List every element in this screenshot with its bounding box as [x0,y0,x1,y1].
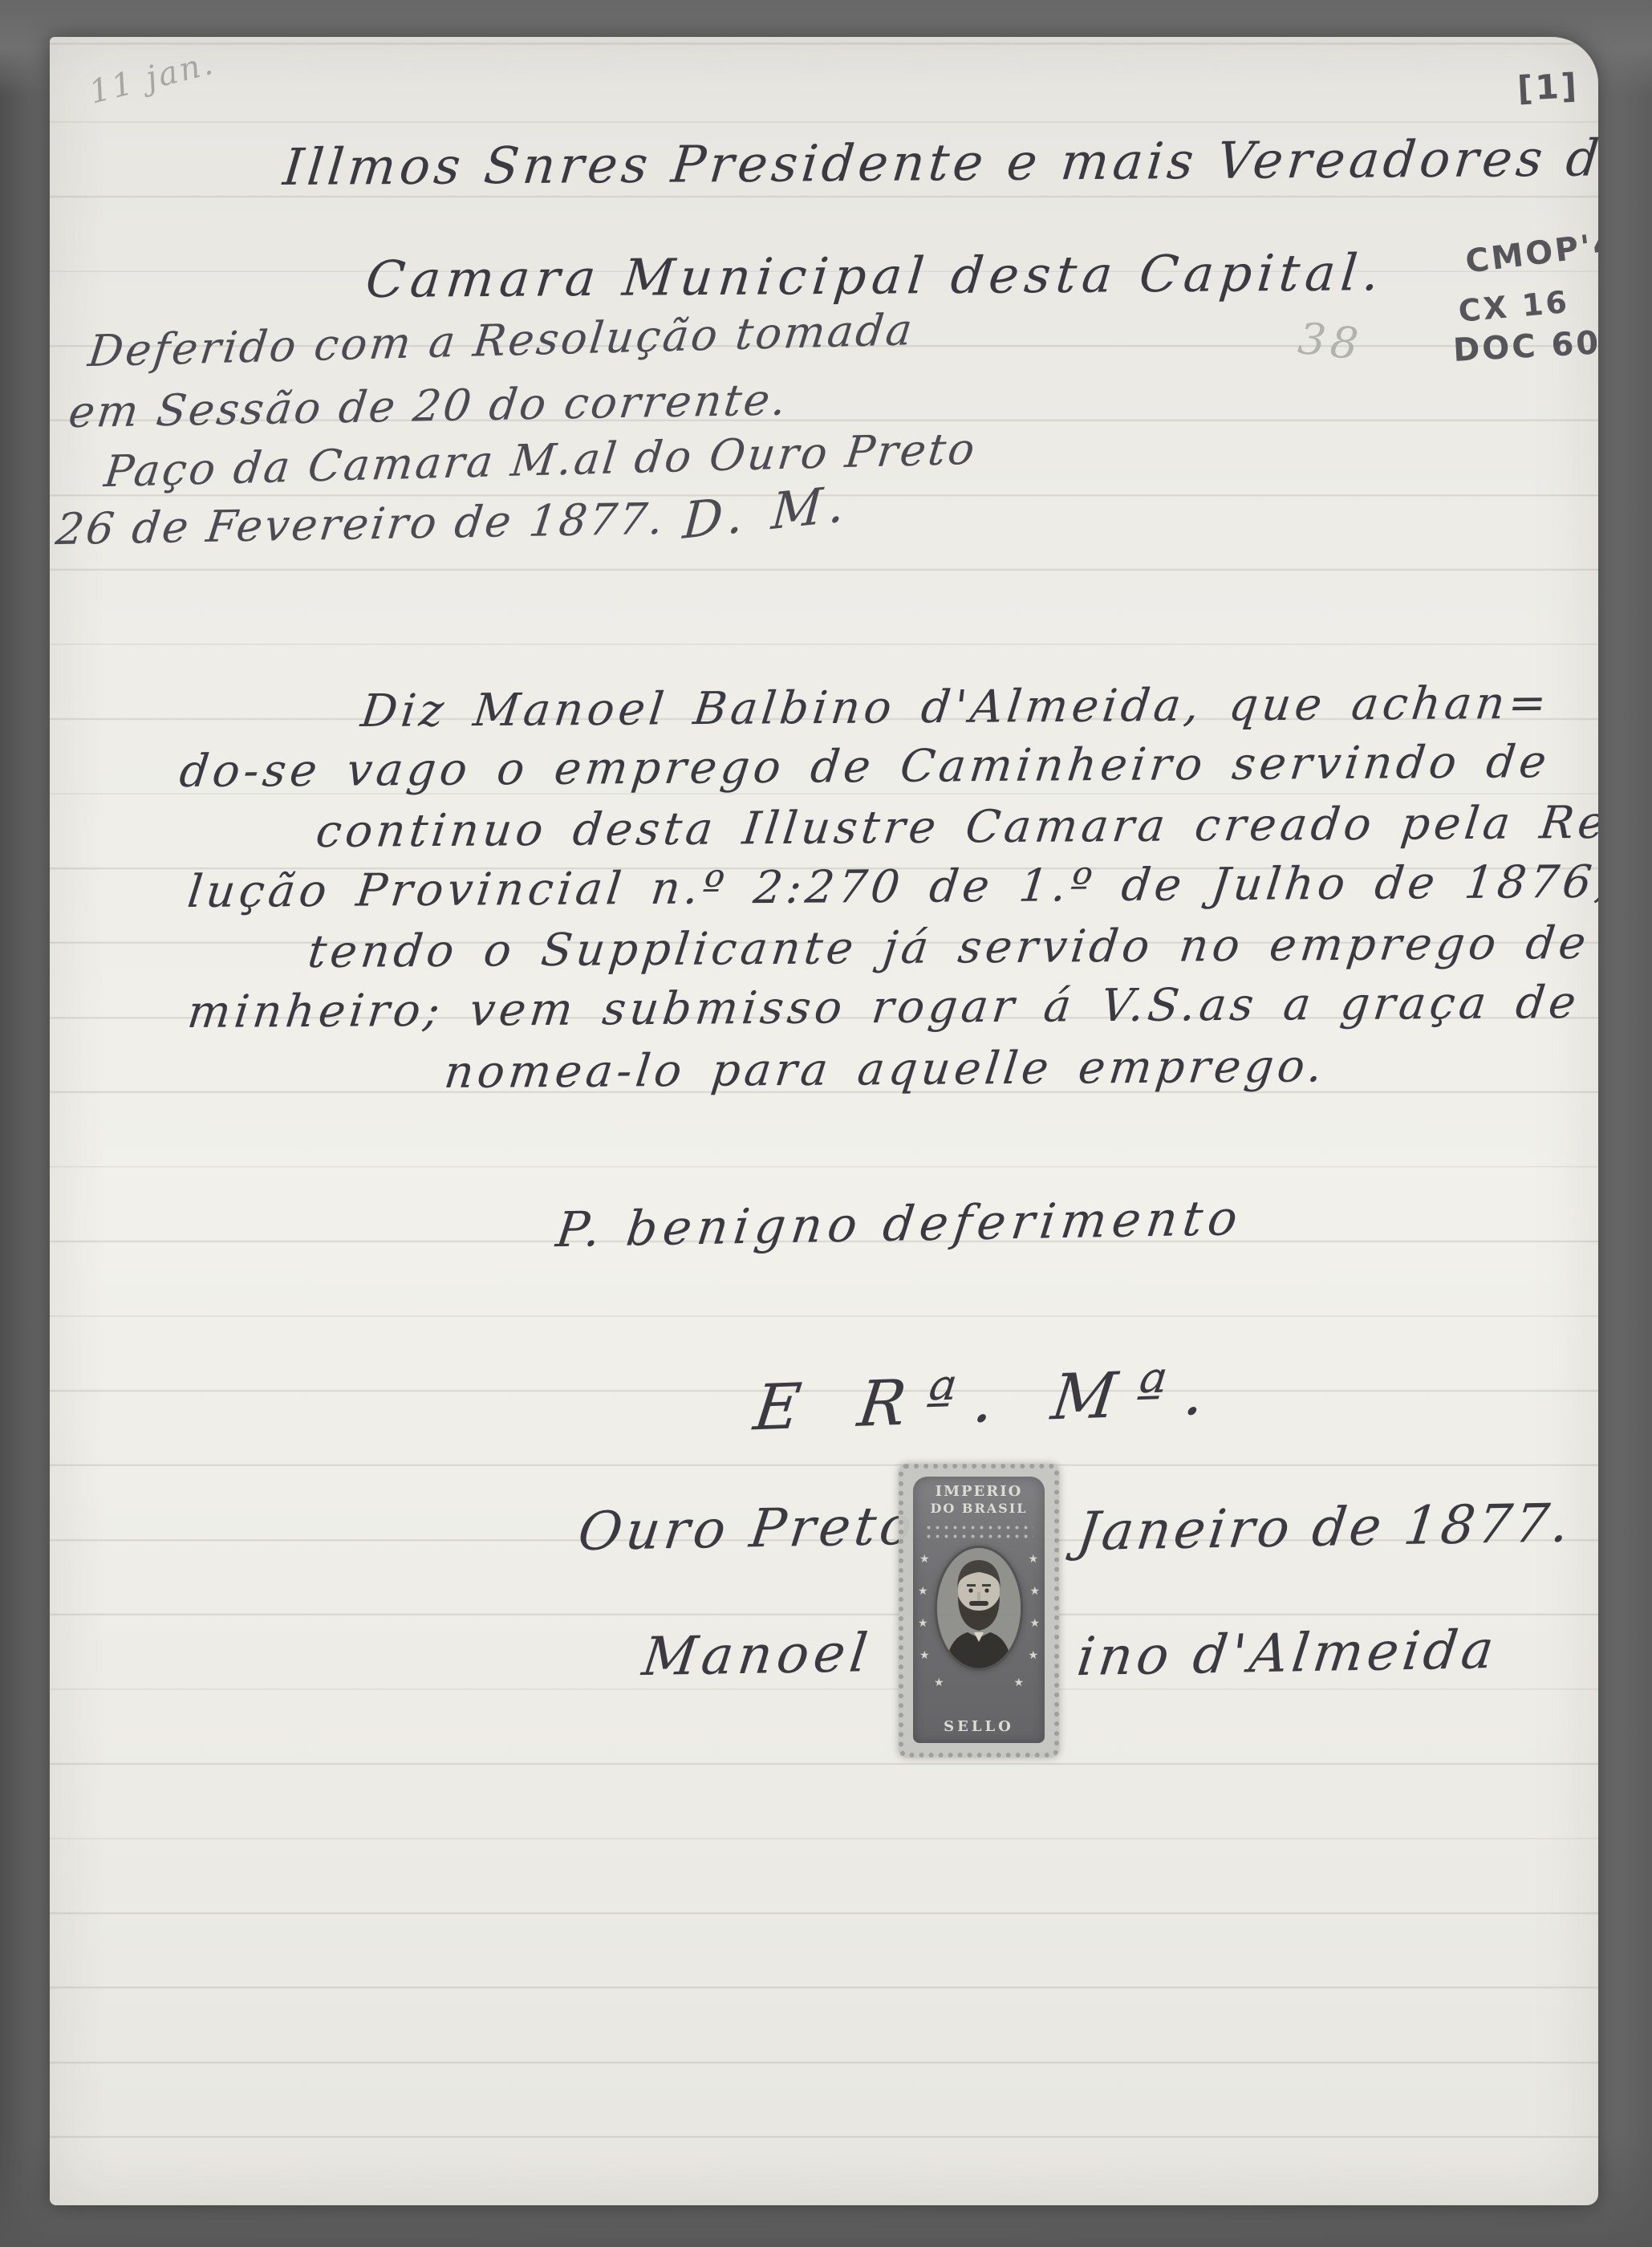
star-icon: ★ [918,1618,928,1629]
portrait-emperor [937,1548,1021,1668]
star-icon: ★ [919,1554,930,1565]
signature-rest: ino d'Almeida [1074,1619,1501,1688]
star-icon: ★ [1028,1650,1038,1661]
stamp-ornament-band [924,1523,1033,1542]
page-marker: [1] [1516,66,1580,108]
star-icon: ★ [1029,1618,1040,1629]
petition-line-7: nomea-lo para aquelle emprego. [441,1040,1329,1099]
star-icon: ★ [934,1677,944,1688]
petition-line-2: do-se vago o emprego de Caminheiro servi… [177,736,1553,798]
petition-line-1: Diz Manoel Balbino d'Almeida, que achan= [358,677,1553,737]
stamp-country-line-2: DO BRASIL [913,1501,1045,1516]
stamp-portrait-oval [935,1546,1023,1671]
petition-line-6: minheiro; vem submisso rogar á V.S.as a … [185,977,1582,1038]
scan-background: 11 jan. [1] CMOP'4 CX 16 DOC 60 38 Illmo… [0,0,1652,2247]
manuscript-page: 11 jan. [1] CMOP'4 CX 16 DOC 60 38 Illmo… [50,37,1598,2205]
petition-line-4: lução Provincial n.º 2:270 de 1.º de Jul… [185,855,1598,918]
header-line-2: Camara Municipal desta Capital. [363,243,1387,309]
revenue-stamp: IMPERIO DO BRASIL ★ ★ ★ ★ ★ ★ ★ ★ ★ ★ [899,1464,1059,1757]
petition-line-3: continuo desta Illustre Camara creado pe… [313,796,1598,858]
star-icon: ★ [918,1586,928,1597]
stamp-value-label: SELLO [913,1718,1045,1735]
header-line-1: Illmos Snres Presidente e mais Vereadore… [281,128,1598,197]
star-icon: ★ [919,1650,930,1661]
petition-line-5: tendo o Supplicante já servido no empreg… [305,916,1598,978]
stamp-frame: IMPERIO DO BRASIL ★ ★ ★ ★ ★ ★ ★ ★ ★ ★ [913,1477,1045,1743]
star-icon: ★ [1028,1554,1038,1565]
star-icon: ★ [1013,1677,1024,1688]
stamp-country-line-1: IMPERIO [913,1483,1045,1500]
pencil-number: 38 [1296,313,1366,370]
despacho-line-4-date: 26 de Fevereiro de 1877. [53,494,668,555]
dateline-date: Janeiro de 1877. [1074,1492,1576,1562]
star-icon: ★ [1029,1586,1040,1597]
archive-ref-doc: DOC 60 [1452,324,1598,369]
dateline-place: Ouro Preto [575,1495,920,1563]
signature-first-name: Manoel [639,1622,876,1688]
